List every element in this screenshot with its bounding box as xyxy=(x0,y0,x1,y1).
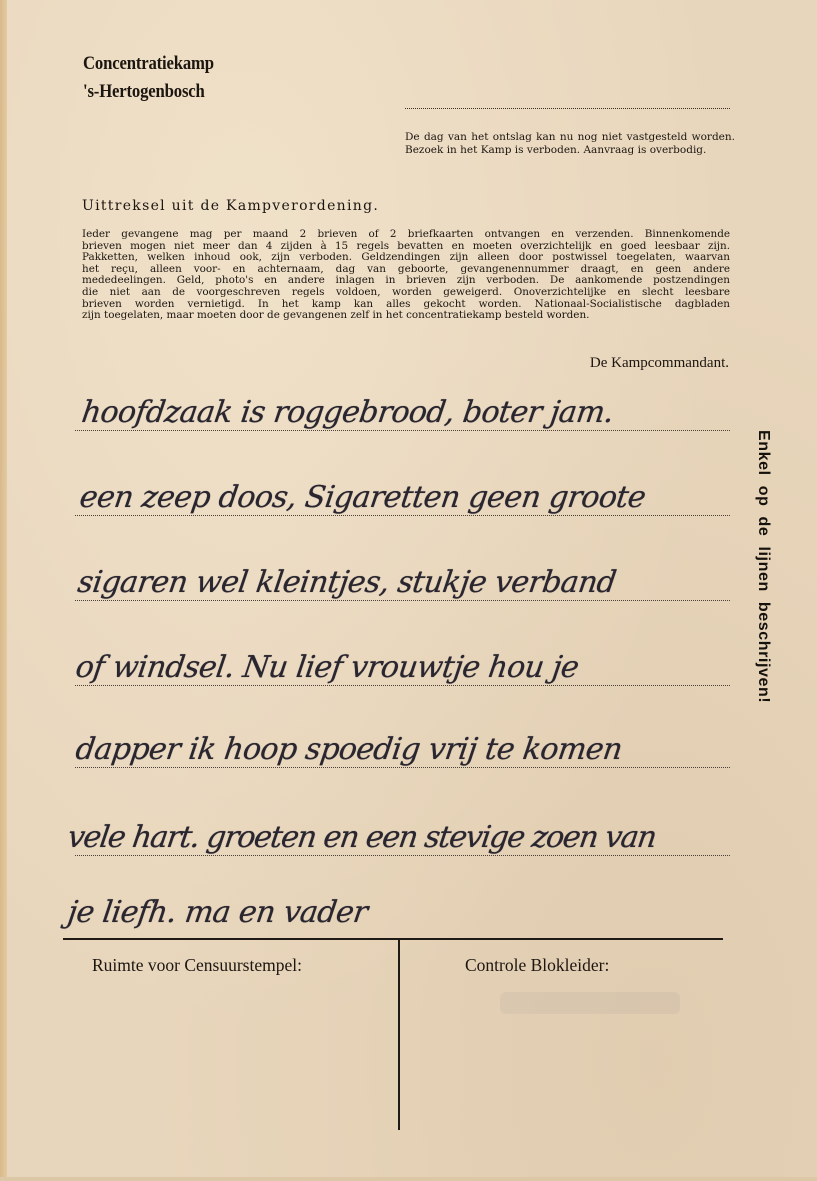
handwritten-line: sigaren wel kleintjes, stukje verband xyxy=(76,565,619,600)
footer-divider-horizontal xyxy=(63,938,723,940)
address-dotted-line xyxy=(405,108,730,109)
regulation-line: zijn toegelaten, maar moeten door de gev… xyxy=(82,310,730,322)
writing-line xyxy=(75,855,730,856)
regulations-text: Ieder gevangene mag per maand 2 brieven … xyxy=(82,229,730,322)
release-notice: De dag van het ontslag kan nu nog niet v… xyxy=(405,131,735,157)
regulation-line: die niet aan de voorgeschreven regels vo… xyxy=(82,287,730,299)
writing-line xyxy=(75,600,730,601)
prisoner-letter-card: Concentratiekamp 's-Hertogenbosch De dag… xyxy=(0,0,817,1181)
writing-line xyxy=(75,430,730,431)
handwritten-line: hoofdzaak is roggebrood, boter jam. xyxy=(80,395,616,430)
paper-fold-edge xyxy=(0,0,7,1181)
commandant-signature: De Kampcommandant. xyxy=(590,355,729,372)
block-leader-label: Controle Blokleider: xyxy=(465,955,609,976)
handwritten-line: vele hart. groeten en een stevige zoen v… xyxy=(66,820,658,855)
paper-bottom-edge xyxy=(0,1177,817,1181)
writing-line xyxy=(75,685,730,686)
side-instruction: Enkel op de lijnen beschrijven! xyxy=(754,430,772,703)
writing-line xyxy=(75,515,730,516)
footer-divider-vertical xyxy=(398,940,400,1130)
camp-header: Concentratiekamp 's-Hertogenbosch xyxy=(83,50,214,106)
faded-stamp-area xyxy=(500,992,680,1014)
handwritten-line: dapper ik hoop spoedig vrij te komen xyxy=(74,732,625,767)
camp-name: Concentratiekamp xyxy=(83,50,214,78)
handwritten-line: je liefh. ma en vader xyxy=(66,895,370,930)
censor-stamp-label: Ruimte voor Censuurstempel: xyxy=(92,955,302,976)
regulations-title: Uittreksel uit de Kampverordening. xyxy=(82,198,379,214)
camp-location: 's-Hertogenbosch xyxy=(83,78,214,106)
regulation-line: Ieder gevangene mag per maand 2 brieven … xyxy=(82,229,730,241)
writing-line xyxy=(75,767,730,768)
handwritten-line: een zeep doos, Sigaretten geen groote xyxy=(78,480,648,515)
handwritten-line: of windsel. Nu lief vrouwtje hou je xyxy=(74,650,581,685)
